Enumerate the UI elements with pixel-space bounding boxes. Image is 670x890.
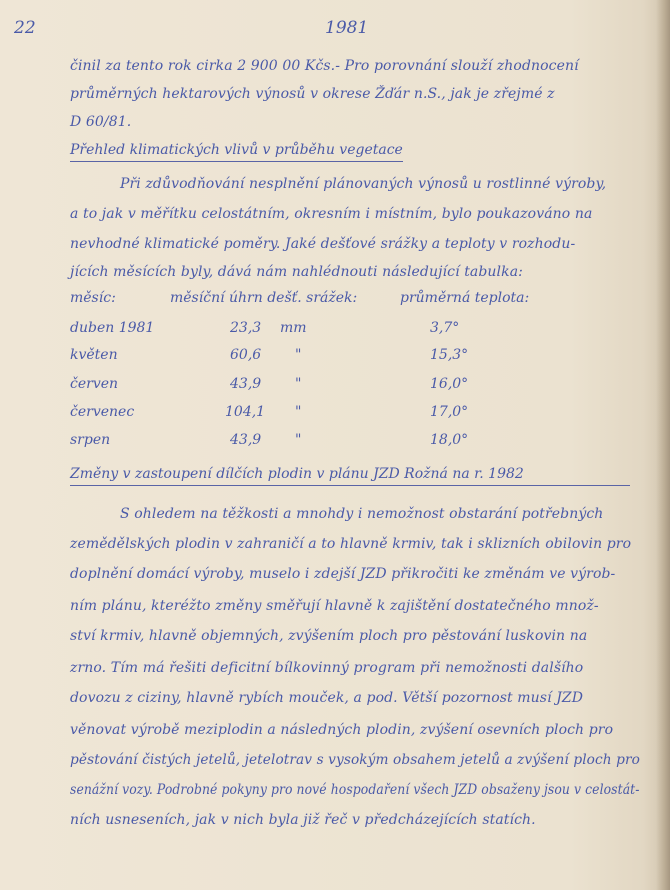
intro-line: D 60/81. (70, 114, 131, 130)
table-row: srpen 43,9 " 18,0° (70, 432, 630, 454)
unit-cell: " (295, 404, 301, 420)
month-cell: srpen (70, 432, 110, 448)
temp-cell: 15,3° (430, 347, 468, 363)
page-year: 1981 (325, 18, 368, 38)
climate-table-header: měsíc: měsíční úhrn dešť. srážek: průměr… (70, 290, 630, 312)
temp-cell: 17,0° (430, 404, 468, 420)
paragraph-line: Při zdůvodňování nesplnění plánovaných v… (120, 176, 606, 192)
temp-cell: 3,7° (430, 320, 459, 336)
month-cell: červenec (70, 404, 134, 420)
paragraph-line: věnovat výrobě meziplodin a následných p… (70, 722, 613, 738)
column-header-month: měsíc: (70, 290, 116, 306)
column-header-rain: měsíční úhrn dešť. srážek: (170, 290, 357, 306)
table-row: červen 43,9 " 16,0° (70, 376, 630, 398)
section-heading-climate: Přehled klimatických vlivů v průběhu veg… (70, 142, 403, 162)
rain-cell: 60,6 (230, 347, 261, 363)
paragraph-line: ním plánu, kteréžto změny směřují hlavně… (70, 598, 599, 614)
temp-cell: 18,0° (430, 432, 468, 448)
paragraph-line: zrno. Tím má řešiti deficitní bílkovinný… (70, 660, 583, 676)
month-cell: červen (70, 376, 118, 392)
paragraph-line: senážní vozy. Podrobné pokyny pro nové h… (70, 782, 640, 798)
temp-cell: 16,0° (430, 376, 468, 392)
paragraph-line: ních usneseních, jak v nich byla již řeč… (70, 812, 536, 828)
paragraph-line: nevhodné klimatické poměry. Jaké dešťové… (70, 236, 575, 252)
intro-line: průměrných hektarových výnosů v okrese Ž… (70, 86, 555, 102)
rain-cell: 23,3 (230, 320, 261, 336)
unit-cell: mm (280, 320, 307, 336)
handwritten-chronicle-page: 22 1981 činil za tento rok cirka 2 900 0… (0, 0, 670, 890)
rain-cell: 43,9 (230, 432, 261, 448)
unit-cell: " (295, 376, 301, 392)
paragraph-line: zemědělských plodin v zahraničí a to hla… (70, 536, 631, 552)
unit-cell: " (295, 347, 301, 363)
section-heading-crop-changes: Změny v zastoupení dílčích plodin v plán… (70, 466, 630, 486)
column-header-temp: průměrná teplota: (400, 290, 529, 306)
paragraph-line: ství krmiv, hlavně objemných, zvýšením p… (70, 628, 587, 644)
table-row: květen 60,6 " 15,3° (70, 347, 630, 369)
page-edge-shadow (656, 0, 670, 890)
rain-cell: 43,9 (230, 376, 261, 392)
paragraph-line: dovozu z ciziny, hlavně rybích mouček, a… (70, 690, 583, 706)
paragraph-line: a to jak v měřítku celostátním, okresním… (70, 206, 592, 222)
table-row: červenec 104,1 " 17,0° (70, 404, 630, 426)
paragraph-line: doplnění domácí výroby, muselo i zdejší … (70, 566, 615, 582)
unit-cell: " (295, 432, 301, 448)
page-number: 22 (14, 18, 36, 38)
table-row: duben 1981 23,3 mm 3,7° (70, 320, 630, 342)
paragraph-line: pěstování čistých jetelů, jetelotrav s v… (70, 752, 640, 768)
month-cell: duben 1981 (70, 320, 154, 336)
rain-cell: 104,1 (225, 404, 265, 420)
month-cell: květen (70, 347, 118, 363)
intro-line: činil za tento rok cirka 2 900 00 Kčs.- … (70, 58, 579, 74)
paragraph-line: S ohledem na těžkosti a mnohdy i nemožno… (120, 506, 603, 522)
paragraph-line: jících měsících byly, dává nám nahlédnou… (70, 264, 523, 280)
